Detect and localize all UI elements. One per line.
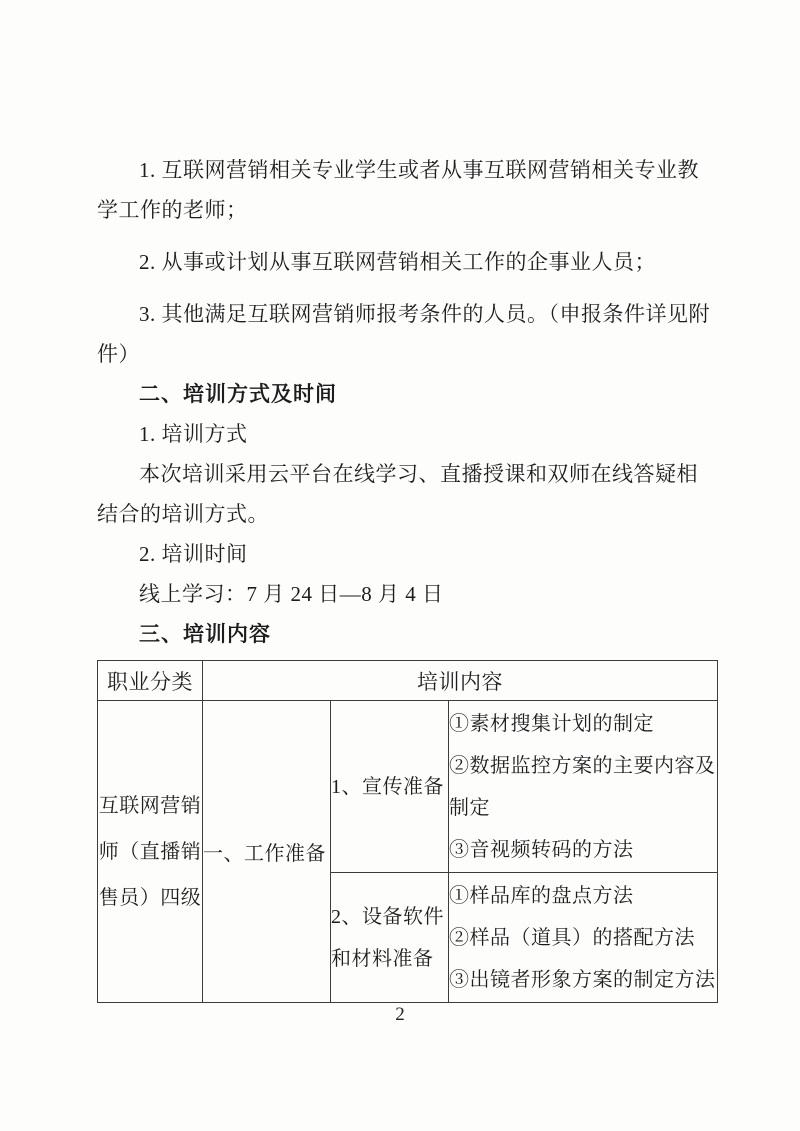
subitem-training-time: 2. 培训时间 bbox=[97, 534, 715, 574]
task-cell-2: 2、设备软件和材料准备 bbox=[331, 873, 449, 1003]
section-heading-training-content: 三、培训内容 bbox=[97, 614, 715, 654]
document-body: 1. 互联网营销相关专业学生或者从事互联网营销相关专业教学工作的老师； 2. 从… bbox=[0, 0, 800, 1003]
points-cell-1: ①素材搜集计划的制定 ②数据监控方案的主要内容及制定 ③音视频转码的方法 bbox=[449, 701, 718, 873]
table-header-occupation: 职业分类 bbox=[98, 661, 203, 701]
table-header-content: 培训内容 bbox=[203, 661, 718, 701]
subitem-training-method: 1. 培训方式 bbox=[97, 414, 715, 454]
table-row-task-1: 互联网营销师（直播销售员）四级 一、工作准备 1、宣传准备 ①素材搜集计划的制定… bbox=[98, 701, 718, 873]
document-page: 1. 互联网营销相关专业学生或者从事互联网营销相关专业教学工作的老师； 2. 从… bbox=[0, 0, 800, 1131]
point-item: ③出镜者形象方案的制定方法 bbox=[449, 959, 717, 1001]
section-heading-training-method: 二、培训方式及时间 bbox=[97, 374, 715, 414]
points-cell-2: ①样品库的盘点方法 ②样品（道具）的搭配方法 ③出镜者形象方案的制定方法 bbox=[449, 873, 718, 1003]
list-item-3: 3. 其他满足互联网营销师报考条件的人员。（申报条件详见附件） bbox=[97, 294, 715, 374]
occupation-cell: 互联网营销师（直播销售员）四级 bbox=[98, 701, 203, 1003]
page-number: 2 bbox=[0, 1004, 800, 1026]
point-item: ②样品（道具）的搭配方法 bbox=[449, 917, 717, 959]
point-item: ③音视频转码的方法 bbox=[449, 829, 717, 871]
point-item: ①素材搜集计划的制定 bbox=[449, 703, 717, 745]
point-item: ①样品库的盘点方法 bbox=[449, 875, 717, 917]
para-online-learning-time: 线上学习：7 月 24 日—8 月 4 日 bbox=[97, 574, 715, 614]
para-training-method-desc: 本次培训采用云平台在线学习、直播授课和双师在线答疑相结合的培训方式。 bbox=[97, 454, 715, 534]
training-content-table: 职业分类 培训内容 互联网营销师（直播销售员）四级 一、工作准备 1、宣传准备 … bbox=[97, 660, 718, 1003]
task-cell-1: 1、宣传准备 bbox=[331, 701, 449, 873]
list-item-2: 2. 从事或计划从事互联网营销相关工作的企事业人员； bbox=[97, 242, 715, 282]
module-cell: 一、工作准备 bbox=[203, 701, 331, 1003]
point-item: ②数据监控方案的主要内容及制定 bbox=[449, 745, 717, 829]
table-header-row: 职业分类 培训内容 bbox=[98, 661, 718, 701]
list-item-1: 1. 互联网营销相关专业学生或者从事互联网营销相关专业教学工作的老师； bbox=[97, 150, 715, 230]
